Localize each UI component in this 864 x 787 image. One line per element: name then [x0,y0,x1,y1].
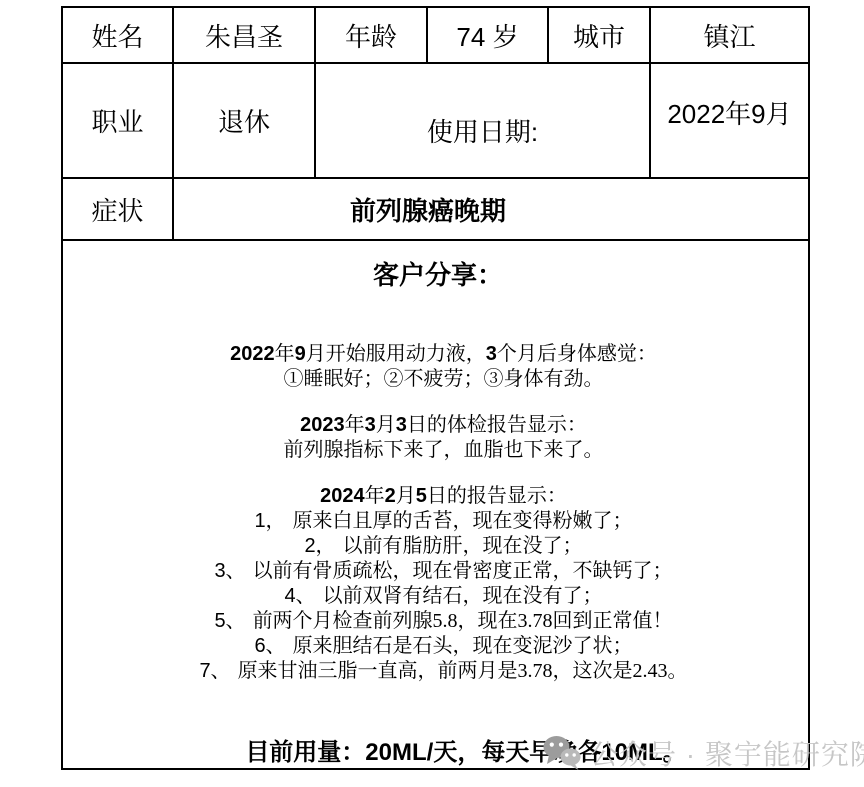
city-label: 城市 [548,7,650,63]
list-item: 3、以前有骨质疏松，现在骨密度正常，不缺钙了； [79,559,808,584]
item-text: 以前双肾有结石，现在没有了； [323,585,603,607]
wechat-icon [543,735,581,771]
text-run: 月 [376,414,396,436]
table-row: 症状 前列腺癌晚期 [62,178,809,240]
item-number: 2， [304,535,335,557]
item-text: 原来甘油三脂一直高，前两月是3.78，这次是2.43。 [238,660,688,682]
item-number: 7、 [199,660,230,682]
item-number: 1， [254,510,285,532]
text-run: 日的体检报告显示： [407,414,587,436]
customer-info-table: 姓名 朱昌圣 年龄 74 岁 城市 镇江 职业 退休 使用日期: 2022年9月… [61,6,810,770]
table-row: 客户分享： 2022年9月开始服用动力液，3个月后身体感觉： ①睡眠好；②不疲劳… [62,240,809,769]
item-text: 前两个月检查前列腺5.8，现在3.78回到正常值！ [253,610,673,632]
table-row: 姓名 朱昌圣 年龄 74 岁 城市 镇江 [62,7,809,63]
text-run: 个月后身体感觉： [497,343,657,365]
list-item: 2，以前有脂肪肝，现在没了； [79,534,808,559]
text-run: 日的报告显示： [427,485,567,507]
watermark-text: 公众号 · 聚宇能研究院 [590,733,864,773]
share-heading: 客户分享： [68,255,808,292]
bold-number: 2022 [230,343,275,365]
paragraph-2024: 2024年2月5日的报告显示： 1，原来白且厚的舌苔，现在变得粉嫩了； 2，以前… [79,484,808,684]
paragraph-2023-line2: 前列腺指标下来了，血脂也下来了。 [79,438,808,463]
watermark: 公众号 · 聚宇能研究院 [543,733,864,773]
text-run: 月开始服用动力液， [306,343,486,365]
symptom-value: 前列腺癌晚期 [173,178,809,240]
item-number: 6、 [254,635,285,657]
bold-number: 9 [295,343,306,365]
age-value: 74 岁 [427,7,548,63]
list-item: 6、原来胆结石是石头，现在变泥沙了状； [79,634,808,659]
name-label: 姓名 [62,7,173,63]
customer-share-cell: 客户分享： 2022年9月开始服用动力液，3个月后身体感觉： ①睡眠好；②不疲劳… [62,240,809,769]
item-text: 以前有骨质疏松，现在骨密度正常，不缺钙了； [253,560,673,582]
age-label: 年龄 [315,7,427,63]
list-item: 4、以前双肾有结石，现在没有了； [79,584,808,609]
item-number: 3、 [214,560,245,582]
list-item: 5、前两个月检查前列腺5.8，现在3.78回到正常值！ [79,609,808,634]
item-text: 原来白且厚的舌苔，现在变得粉嫩了； [293,510,633,532]
symptom-label: 症状 [62,178,173,240]
text-run: 年 [275,343,295,365]
document-page: 姓名 朱昌圣 年龄 74 岁 城市 镇江 职业 退休 使用日期: 2022年9月… [0,0,864,787]
item-text: 以前有脂肪肝，现在没了； [343,535,583,557]
city-value: 镇江 [650,7,809,63]
list-item: 1，原来白且厚的舌苔，现在变得粉嫩了； [79,509,808,534]
list-item: 7、原来甘油三脂一直高，前两月是3.78，这次是2.43。 [79,659,808,684]
usage-date-label: 使用日期: [315,63,650,178]
paragraph-2022-line1: 2022年9月开始服用动力液，3个月后身体感觉： [79,342,808,367]
paragraph-2023: 2023年3月3日的体检报告显示： 前列腺指标下来了，血脂也下来了。 [79,413,808,463]
name-value: 朱昌圣 [173,7,315,63]
bold-number: 3 [365,414,376,436]
bold-number: 2 [385,485,396,507]
occupation-value: 退休 [173,63,315,178]
paragraph-2023-line1: 2023年3月3日的体检报告显示： [79,413,808,438]
text-run: 年 [365,485,385,507]
paragraph-2024-line1: 2024年2月5日的报告显示： [79,484,808,509]
bold-number: 2023 [300,414,345,436]
paragraph-2022-line2: ①睡眠好；②不疲劳；③身体有劲。 [79,367,808,392]
table-row: 职业 退休 使用日期: 2022年9月 [62,63,809,178]
bold-number: 3 [486,343,497,365]
text-run: 月 [396,485,416,507]
item-number: 5、 [214,610,245,632]
occupation-label: 职业 [62,63,173,178]
bold-number: 5 [416,485,427,507]
item-number: 4、 [284,585,315,607]
text-run: 年 [345,414,365,436]
usage-date-value: 2022年9月 [650,63,809,178]
bold-number: 2024 [320,485,365,507]
item-text: 原来胆结石是石头，现在变泥沙了状； [293,635,633,657]
bold-number: 3 [396,414,407,436]
paragraph-2022: 2022年9月开始服用动力液，3个月后身体感觉： ①睡眠好；②不疲劳；③身体有劲… [79,342,808,392]
